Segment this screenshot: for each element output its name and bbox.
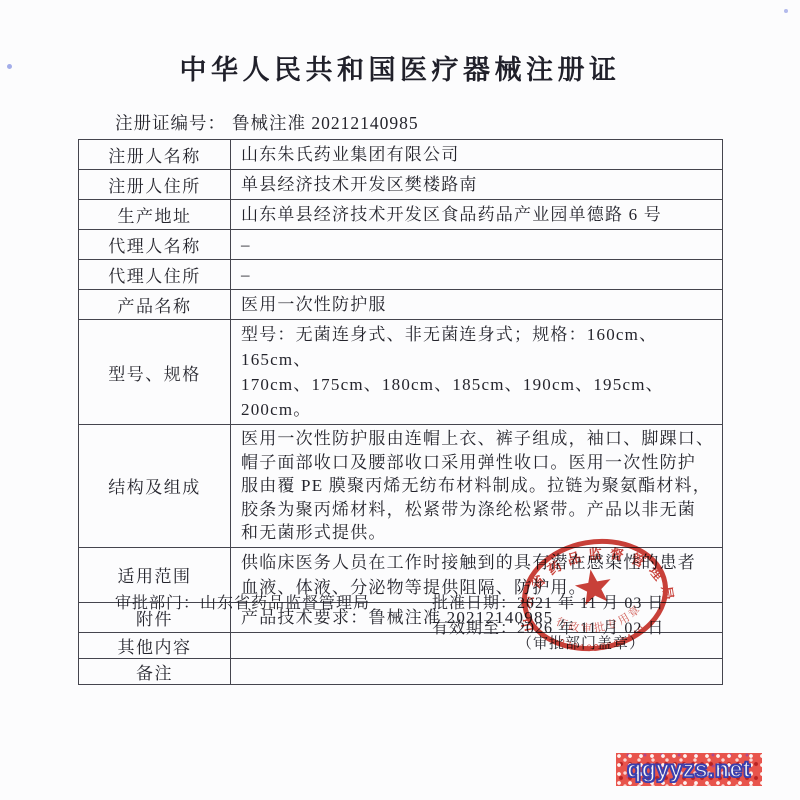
row-label: 生产地址 [79,200,231,230]
scan-noise-dot [7,64,12,69]
row-value: – [231,260,723,290]
certificate-page: 中华人民共和国医疗器械注册证 注册证编号：鲁械注准 20212140985 注册… [0,0,800,800]
table-row: 代理人住所– [79,260,723,290]
row-value: 型号：无菌连身式、非无菌连身式；规格：160cm、165cm、 170cm、17… [231,320,723,425]
row-value: – [231,230,723,260]
row-label: 代理人住所 [79,260,231,290]
row-label: 其他内容 [79,632,231,658]
stamp-star-icon [573,566,615,606]
certificate-title: 中华人民共和国医疗器械注册证 [0,48,800,87]
approval-dept-label: 审批部门： [115,595,200,612]
row-label: 注册人住所 [79,170,231,200]
row-label: 结构及组成 [79,425,231,548]
row-value: 山东单县经济技术开发区食品药品产业园单德路 6 号 [231,200,723,230]
table-row: 型号、规格型号：无菌连身式、非无菌连身式；规格：160cm、165cm、 170… [79,320,723,425]
row-label: 产品名称 [79,290,231,320]
row-value: 单县经济技术开发区樊楼路南 [231,170,723,200]
row-label: 型号、规格 [79,320,231,425]
row-label: 备注 [79,658,231,684]
row-value: 医用一次性防护服 [231,290,723,320]
scan-noise-dot [784,9,788,13]
row-label: 代理人名称 [79,230,231,260]
table-row: 产品名称医用一次性防护服 [79,290,723,320]
approval-dept: 审批部门：山东省药品监督管理局 [115,590,370,613]
registration-number-label: 注册证编号： [115,113,226,133]
registration-number: 注册证编号：鲁械注准 20212140985 [115,110,419,135]
watermark-text: qgyyzs.net [627,756,751,783]
row-label: 注册人名称 [79,140,231,170]
table-row: 代理人名称– [79,230,723,260]
row-value: 山东朱氏药业集团有限公司 [231,140,723,170]
table-row: 生产地址山东单县经济技术开发区食品药品产业园单德路 6 号 [79,200,723,230]
registration-number-value: 鲁械注准 20212140985 [232,113,419,133]
official-stamp: 山东省药品监督管理局 行政审批专用章 3701027503440 [498,528,698,668]
approval-dept-value: 山东省药品监督管理局 [200,595,370,612]
table-row: 注册人名称山东朱氏药业集团有限公司 [79,140,723,170]
watermark-badge: qgyyzs.net [616,753,762,786]
table-row: 注册人住所单县经济技术开发区樊楼路南 [79,170,723,200]
